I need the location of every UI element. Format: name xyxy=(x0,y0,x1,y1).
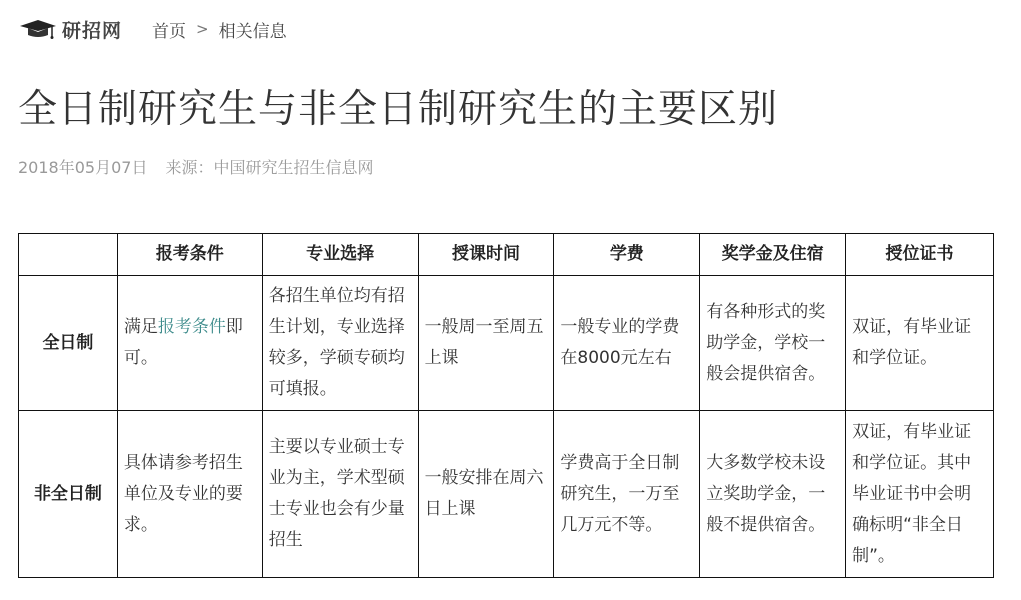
cell-scholarship: 有各种形式的奖助学金，学校一般会提供宿舍。 xyxy=(700,276,846,411)
cell-schedule: 一般安排在周六日上课 xyxy=(418,411,554,578)
column-header-empty xyxy=(19,234,118,276)
cell-degree: 双证，有毕业证和学位证。其中毕业证书中会明确标明“非全日制”。 xyxy=(846,411,994,578)
cell-tuition: 一般专业的学费在8000元左右 xyxy=(554,276,700,411)
column-header-conditions: 报考条件 xyxy=(117,234,262,276)
cell-degree: 双证，有毕业证和学位证。 xyxy=(846,276,994,411)
breadcrumb-home[interactable]: 首页 xyxy=(152,17,186,42)
cell-conditions: 具体请参考招生单位及专业的要求。 xyxy=(117,411,262,578)
breadcrumb-separator: > xyxy=(196,20,209,38)
article-meta: 2018年05月07日 来源：中国研究生招生信息网 xyxy=(18,155,373,178)
cell-conditions: 满足报考条件即可。 xyxy=(117,276,262,411)
table-row-full-time: 全日制 满足报考条件即可。 各招生单位均有招生计划，专业选择较多，学硕专硕均可填… xyxy=(19,276,994,411)
breadcrumb-related-info[interactable]: 相关信息 xyxy=(219,17,287,42)
column-header-degree: 授位证书 xyxy=(846,234,994,276)
row-label-part-time: 非全日制 xyxy=(19,411,118,578)
conditions-link[interactable]: 报考条件 xyxy=(158,317,226,337)
cell-schedule: 一般周一至周五上课 xyxy=(418,276,554,411)
column-header-schedule: 授课时间 xyxy=(418,234,554,276)
column-header-tuition: 学费 xyxy=(554,234,700,276)
conditions-prefix: 满足 xyxy=(124,317,158,337)
column-header-scholarship: 奖学金及住宿 xyxy=(700,234,846,276)
site-logo[interactable]: 研招网 xyxy=(18,16,122,43)
top-bar: 研招网 首页 > 相关信息 xyxy=(18,14,287,44)
graduation-cap-icon xyxy=(18,18,58,40)
logo-text: 研招网 xyxy=(62,16,122,43)
publish-date: 2018年05月07日 xyxy=(18,155,147,178)
comparison-table: 报考条件 专业选择 授课时间 学费 奖学金及住宿 授位证书 全日制 满足报考条件… xyxy=(18,233,994,578)
cell-scholarship: 大多数学校未设立奖助学金，一般不提供宿舍。 xyxy=(700,411,846,578)
breadcrumb: 首页 > 相关信息 xyxy=(152,17,287,42)
table-row-part-time: 非全日制 具体请参考招生单位及专业的要求。 主要以专业硕士专业为主，学术型硕士专… xyxy=(19,411,994,578)
cell-major: 各招生单位均有招生计划，专业选择较多，学硕专硕均可填报。 xyxy=(262,276,418,411)
column-header-major: 专业选择 xyxy=(262,234,418,276)
row-label-full-time: 全日制 xyxy=(19,276,118,411)
article-source: 来源：中国研究生招生信息网 xyxy=(165,155,373,178)
cell-tuition: 学费高于全日制研究生，一万至几万元不等。 xyxy=(554,411,700,578)
page-title: 全日制研究生与非全日制研究生的主要区别 xyxy=(18,78,778,134)
cell-major: 主要以专业硕士专业为主，学术型硕士专业也会有少量招生 xyxy=(262,411,418,578)
table-header-row: 报考条件 专业选择 授课时间 学费 奖学金及住宿 授位证书 xyxy=(19,234,994,276)
